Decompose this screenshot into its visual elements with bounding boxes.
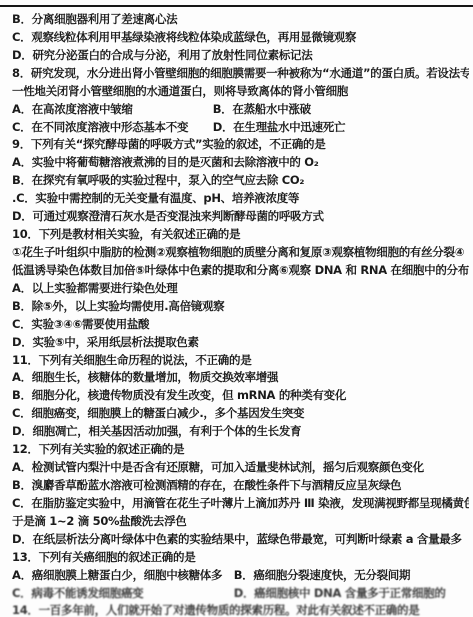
q8-stem-line-2: 一性地关闭肾小管壁细胞的水通道蛋白，则将导致离体的肾小管细胞 [12,83,469,101]
q10-items-line-1: ①花生子叶组织中脂肪的检测②观察植物细胞的质壁分离和复原③观察植物细胞的有丝分裂… [12,244,469,262]
q11-stem: 11．下列有关细胞生命历程的说法，不正确的是 [12,352,469,370]
q7-option-c: C．观察线粒体利用甲基绿染液将线粒体染成蓝绿色，再用显微镜观察 [12,29,469,47]
q11-option-b: B．细胞分化，核遗传物质没有发生改变，但 mRNA 的种类有变化 [12,387,469,405]
q11-option-a: A．细胞生长，核糖体的数量增加，物质交换效率增强 [12,369,469,387]
q7-option-b: B．分离细胞器利用了差速离心法 [12,11,469,29]
q8-stem-line-1: 8．研究发现，水分进出肾小管壁细胞的细胞膜需要一种被称为“水通道”的蛋白质。若设… [12,65,469,83]
q8-options-ab: A．在高浓度溶液中皱缩 B．在蒸船水中涨破 [12,101,469,119]
q9-option-c: .C．实验中需控制的无关变量有温度、pH、培养液浓度等 [12,190,469,208]
q9-option-d: D．可通过观察澄清石灰水是否变混浊来判断酵母菌的呼吸方式 [12,208,469,226]
q8-option-c: C．在不同浓度溶液中形态基本不变 [12,119,209,137]
q8-option-b: B．在蒸船水中涨破 [213,102,311,116]
q13-options-cd: C．病毒不能诱发细胞癌变 D．癌细胞核中 DNA 含量多于正常细胞的 [12,585,469,603]
q10-option-d: D．实验⑤中，采用纸层析法提取色素 [12,334,469,352]
q10-option-b: B．除⑤外，以上实验均需使用.高倍镜观察 [12,298,469,316]
q9-stem: 9．下列有关“探究酵母菌的呼吸方式”实验的叙述，不正确的是 [12,136,469,154]
q12-stem: 12．下列有关实验的叙述正确的是 [12,441,469,459]
q12-option-d: D．在纸层析法分离叶绿体中色素的实验结果中，蓝绿色带最宽，可判断叶绿素 a 含量… [12,531,469,549]
page-text-block: B．分离细胞器利用了差速离心法 C．观察线粒体利用甲基绿染液将线粒体染成蓝绿色，… [12,11,469,617]
q11-option-d: D．细胞凋亡，相关基因活动加强，有利于个体的生长发育 [12,423,469,441]
q13-stem: 13．下列有关癌细胞的叙述正确的是 [12,549,469,567]
q11-option-c: C．细胞癌变，细胞膜上的糖蛋白减少.，多个基因发生突变 [12,405,469,423]
q10-stem: 10．下列是教材相关实验，有关叙述正确的是 [12,226,469,244]
q13-options-ab: A．癌细胞膜上糖蛋白少，细胞中核糖体多 B．癌细胞分裂速度快，无分裂间期 [12,567,469,585]
q10-option-c: C．实验③④⑥需要使用盐酸 [12,316,469,334]
page-top-rule [0,5,473,7]
q12-option-c-line-1: C．在脂肪鉴定实验中，用滴管在花生子叶薄片上滴加苏丹 Ⅲ 染液，发现满视野都呈现… [12,495,469,513]
q13-option-d: D．癌细胞核中 DNA 含量多于正常细胞的 [234,586,446,600]
q8-option-a: A．在高浓度溶液中皱缩 [12,101,209,119]
q8-options-cd: C．在不同浓度溶液中形态基本不变 D．在生理盐水中迅速死亡 [12,119,469,137]
q12-option-a: A．检测试管内梨汁中是否含有还原糖，可加入适量斐林试剂，摇匀后观察颜色变化 [12,459,469,477]
q9-option-b: B．在探究有氧呼吸的实验过程中，泵入的空气应去除 CO₂ [12,172,469,190]
q14-stem: 14．一百多年前，人们就开始了对遗传物质的探索历程。对此有关叙述不正确的是 [12,602,469,617]
exam-paper-page: B．分离细胞器利用了差速离心法 C．观察线粒体利用甲基绿染液将线粒体染成蓝绿色，… [0,0,473,617]
q9-option-a: A．实验中将葡萄糖溶液煮沸的目的是灭菌和去除溶液中的 O₂ [12,154,469,172]
q13-option-a: A．癌细胞膜上糖蛋白少，细胞中核糖体多 [12,567,230,585]
q10-items-line-2: 低温诱导染色体数目加倍⑤叶绿体中色素的提取和分离⑥观察 DNA 和 RNA 在细… [12,262,469,280]
q8-option-d: D．在生理盐水中迅速死亡 [213,120,345,134]
q13-option-b: B．癌细胞分裂速度快，无分裂间期 [234,568,410,582]
q12-option-b: B．溴麝香草酚蓝水溶液可检测酒精的存在，在酸性条件下与酒精反应呈灰绿色 [12,477,469,495]
q13-option-c: C．病毒不能诱发细胞癌变 [12,585,230,603]
q7-option-d: D．研究分泌蛋白的合成与分泌，利用了放射性同位素标记法 [12,47,469,65]
q12-option-c-line-2: 于是滴 1~2 滴 50%盐酸洗去浮色 [12,513,469,531]
q10-option-a: A．以上实验都需要进行染色处理 [12,280,469,298]
